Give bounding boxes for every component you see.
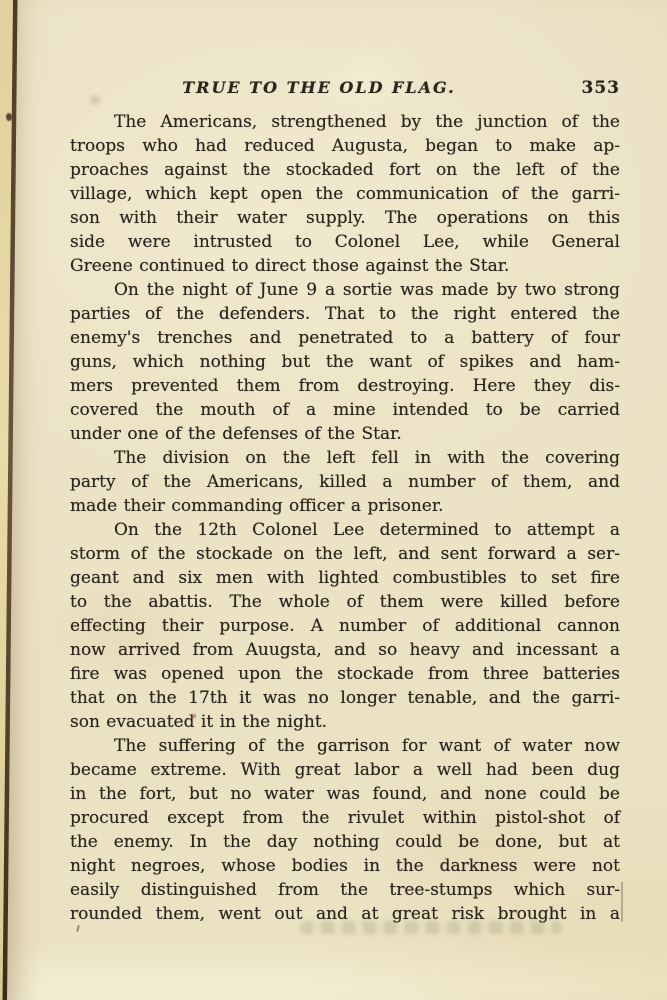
ink-speck bbox=[6, 113, 12, 121]
text-line: that on the 17th it was no longer tenabl… bbox=[70, 686, 620, 710]
text-line: proaches against the stockaded fort on t… bbox=[70, 158, 620, 182]
text-line: enemy's trenches and penetrated to a bat… bbox=[70, 326, 620, 350]
paper-blemish bbox=[90, 96, 100, 104]
scratch-mark bbox=[621, 882, 623, 922]
reverse-page-show-through bbox=[300, 921, 562, 934]
text-line: covered the mouth of a mine intended to … bbox=[70, 398, 620, 422]
text-line: On the 12th Colonel Lee determined to at… bbox=[70, 518, 620, 542]
text-line: effecting their purpose. A number of add… bbox=[70, 614, 620, 638]
text-line: The division on the left fell in with th… bbox=[70, 446, 620, 470]
text-line: geant and six men with lighted combustib… bbox=[70, 566, 620, 590]
text-line: procured except from the rivulet within … bbox=[70, 806, 620, 830]
text-line: The suffering of the garrison for want o… bbox=[70, 734, 620, 758]
text-line: party of the Americans, killed a number … bbox=[70, 470, 620, 494]
text-line: mers prevented them from destroying. Her… bbox=[70, 374, 620, 398]
running-header: TRUE TO THE OLD FLAG. 353 bbox=[70, 78, 620, 102]
text-line: to the abattis. The whole of them were k… bbox=[70, 590, 620, 614]
text-line: under one of the defenses of the Star. bbox=[70, 422, 620, 446]
text-line: Greene continued to direct those against… bbox=[70, 254, 620, 278]
text-line: village, which kept open the communicati… bbox=[70, 182, 620, 206]
page-title: TRUE TO THE OLD FLAG. bbox=[182, 78, 455, 97]
text-line: parties of the defenders. That to the ri… bbox=[70, 302, 620, 326]
text-line: fire was opened upon the stockade from t… bbox=[70, 662, 620, 686]
text-line: in the fort, but no water was found, and… bbox=[70, 782, 620, 806]
text-line: son with their water supply. The operati… bbox=[70, 206, 620, 230]
text-line: guns, which nothing but the want of spik… bbox=[70, 350, 620, 374]
text-line: On the night of June 9 a sortie was made… bbox=[70, 278, 620, 302]
text-line: side were intrusted to Colonel Lee, whil… bbox=[70, 230, 620, 254]
text-line: storm of the stockade on the left, and s… bbox=[70, 542, 620, 566]
text-line: night negroes, whose bodies in the darkn… bbox=[70, 854, 620, 878]
text-line: easily distinguished from the tree-stump… bbox=[70, 878, 620, 902]
page-surface: TRUE TO THE OLD FLAG. 353 The Americans,… bbox=[0, 0, 667, 1000]
page-body: The Americans, strengthened by the junct… bbox=[70, 110, 620, 926]
text-line: The Americans, strengthened by the junct… bbox=[70, 110, 620, 134]
book-page-scan: TRUE TO THE OLD FLAG. 353 The Americans,… bbox=[0, 0, 667, 1000]
text-line: now arrived from Auugsta, and so heavy a… bbox=[70, 638, 620, 662]
text-line: troops who had reduced Augusta, began to… bbox=[70, 134, 620, 158]
text-line: son evacuated it in the night. bbox=[70, 710, 620, 734]
text-line: the enemy. In the day nothing could be d… bbox=[70, 830, 620, 854]
page-number: 353 bbox=[582, 78, 621, 98]
text-line: became extreme. With great labor a well … bbox=[70, 758, 620, 782]
text-line: made their commanding officer a prisoner… bbox=[70, 494, 620, 518]
red-speck bbox=[192, 714, 196, 718]
